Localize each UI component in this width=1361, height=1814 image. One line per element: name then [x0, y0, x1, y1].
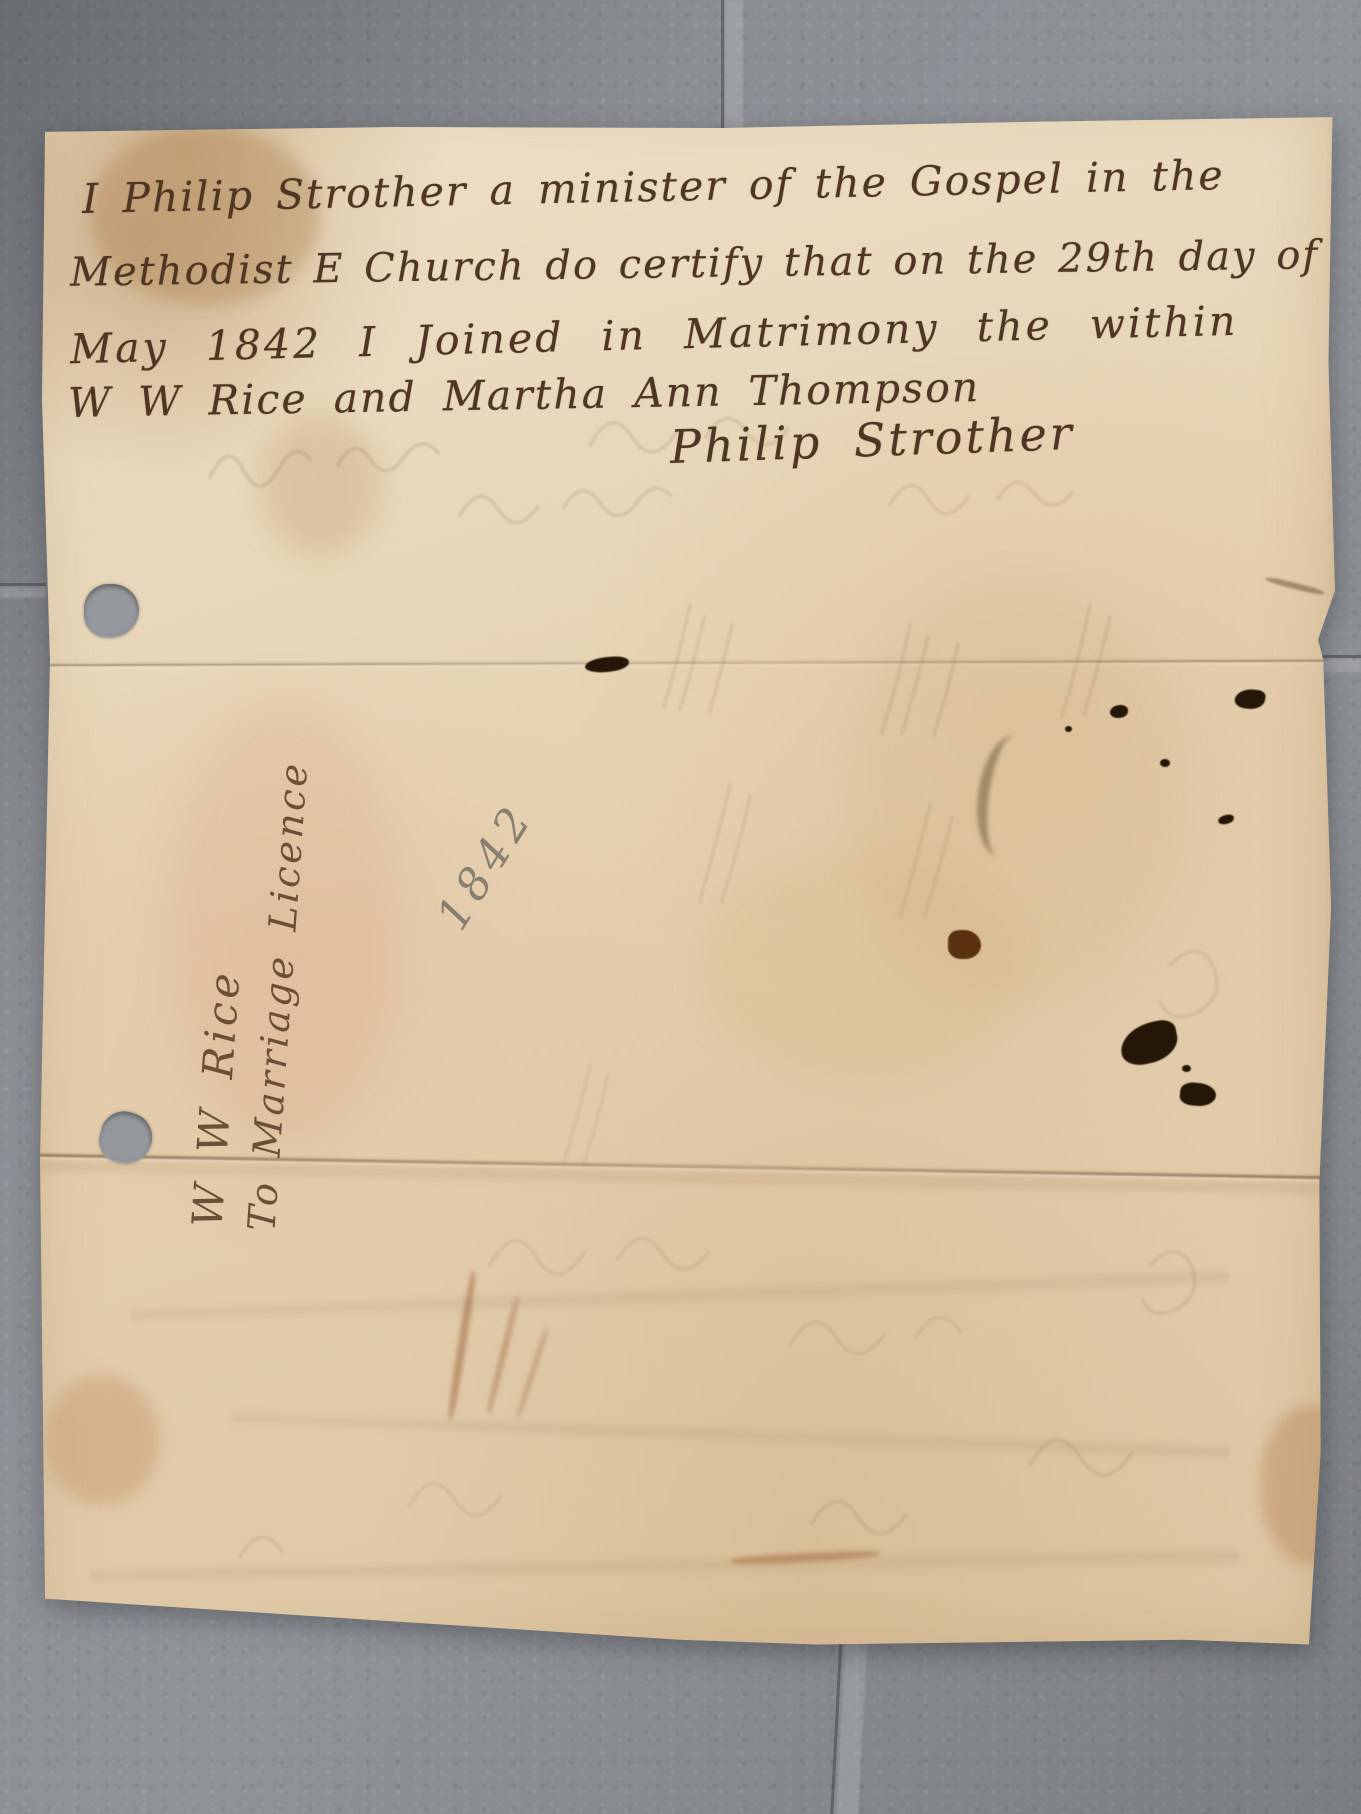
ink-blot-on-crease — [585, 655, 630, 673]
stain-rust-streak-3 — [515, 1327, 549, 1419]
ink-blot-medium — [1179, 1081, 1217, 1108]
pencil-year-annotation: 1842 — [427, 802, 539, 939]
ink-blot-large — [1116, 1017, 1181, 1068]
stain-top-left-smudge-2 — [260, 415, 380, 555]
stain-bottom-left-corner — [45, 1375, 160, 1505]
document-paper-wrap: I Philip Strother a minister of the Gosp… — [30, 85, 1335, 1665]
ink-dot-1 — [1065, 726, 1072, 732]
stain-rust-streak-2 — [486, 1296, 521, 1414]
handwritten-line-3: May 1842 I Joined in Matrimony the withi… — [70, 297, 1239, 374]
wrinkle-line-3 — [90, 1545, 1240, 1587]
wrinkle-line-2 — [230, 1408, 1230, 1463]
document-paper: I Philip Strother a minister of the Gosp… — [30, 85, 1335, 1665]
stain-lower-middle — [700, 855, 1020, 1075]
ink-blot-right-3 — [1217, 814, 1234, 826]
signature-philip-strother: Philip Strother — [669, 406, 1075, 474]
wrinkle-line-1 — [130, 1266, 1230, 1326]
docket-annotation: W W Rice To Marriage Licence — [181, 667, 330, 1233]
stain-scratch-right — [1265, 576, 1325, 596]
rust-blob — [948, 930, 981, 959]
punch-hole-upper — [84, 584, 139, 638]
photo-of-document-on-gray-leather: I Philip Strother a minister of the Gosp… — [0, 0, 1361, 1814]
ink-dot-2 — [1160, 759, 1170, 767]
stain-bottom-right-edge — [1260, 1405, 1360, 1565]
ink-blot-right-1 — [1234, 687, 1266, 711]
ink-dot-3 — [1182, 1065, 1191, 1072]
